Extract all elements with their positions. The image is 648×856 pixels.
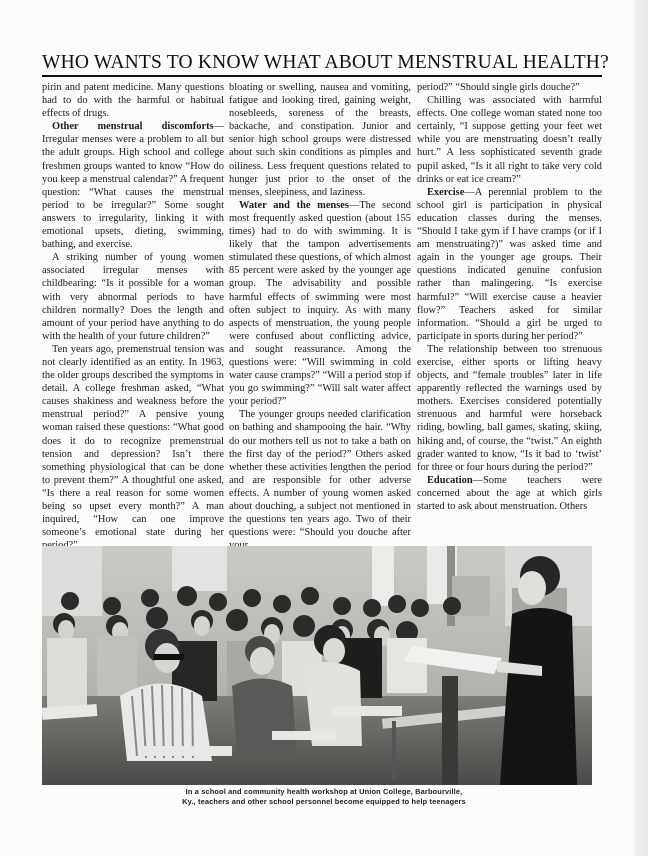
page-title: WHO WANTS TO KNOW WHAT ABOUT MENSTRUAL H…	[42, 52, 602, 74]
paragraph: bloating or swelling, nausea and vomitin…	[229, 81, 411, 199]
photo-caption: In a school and community health worksho…	[100, 787, 548, 807]
paragraph-text: —Irregular menses were a problem to all …	[42, 121, 224, 250]
paragraph: period?” “Should single girls douche?”	[417, 81, 602, 94]
paragraph-text: period?” “Should single girls douche?”	[417, 82, 580, 93]
paragraph-text: The relationship between too strenuous e…	[417, 344, 602, 473]
paragraph-text: The younger groups needed clarification …	[229, 409, 411, 551]
classroom-photo-illustration	[42, 546, 592, 785]
caption-line-1: In a school and community health worksho…	[100, 787, 548, 797]
paragraph-text: A striking number of young women associa…	[42, 252, 224, 342]
paragraph: Other menstrual discomforts—Irregular me…	[42, 120, 224, 251]
text-column-2: bloating or swelling, nausea and vomitin…	[229, 81, 411, 552]
paragraph-text: Ten years ago, premenstrual tension was …	[42, 344, 224, 551]
paragraph: Ten years ago, premenstrual tension was …	[42, 343, 224, 553]
paragraph-text: Chilling was associated with harmful eff…	[417, 95, 602, 185]
paragraph-text: bloating or swelling, nausea and vomitin…	[229, 82, 411, 198]
paragraph: pirin and patent medicine. Many question…	[42, 81, 224, 120]
paragraph: The relationship between too strenuous e…	[417, 343, 602, 474]
paragraph-text: —A perennial problem to the school girl …	[417, 187, 602, 342]
paragraph: The younger groups needed clarification …	[229, 408, 411, 552]
magazine-page: WHO WANTS TO KNOW WHAT ABOUT MENSTRUAL H…	[0, 0, 648, 856]
text-column-1: pirin and patent medicine. Many question…	[42, 81, 224, 565]
classroom-photo	[42, 546, 592, 785]
section-subhead: Education	[427, 475, 473, 486]
title-rule	[42, 75, 602, 77]
section-subhead: Exercise	[427, 187, 464, 198]
paragraph: Exercise—A perennial problem to the scho…	[417, 186, 602, 343]
paragraph: A striking number of young women associa…	[42, 251, 224, 343]
section-subhead: Water and the menses	[239, 200, 349, 211]
paragraph-text: pirin and patent medicine. Many question…	[42, 82, 224, 119]
caption-line-2: Ky., teachers and other school personnel…	[100, 797, 548, 807]
paragraph: Education—Some teachers were concerned a…	[417, 474, 602, 513]
page-edge	[634, 0, 648, 856]
text-column-3: period?” “Should single girls douche?”Ch…	[417, 81, 602, 513]
paragraph: Chilling was associated with harmful eff…	[417, 94, 602, 186]
section-subhead: Other menstrual discomforts	[52, 121, 214, 132]
paragraph: Water and the menses—The second most fre…	[229, 199, 411, 409]
paragraph-text: —The second most frequently asked questi…	[229, 200, 411, 407]
